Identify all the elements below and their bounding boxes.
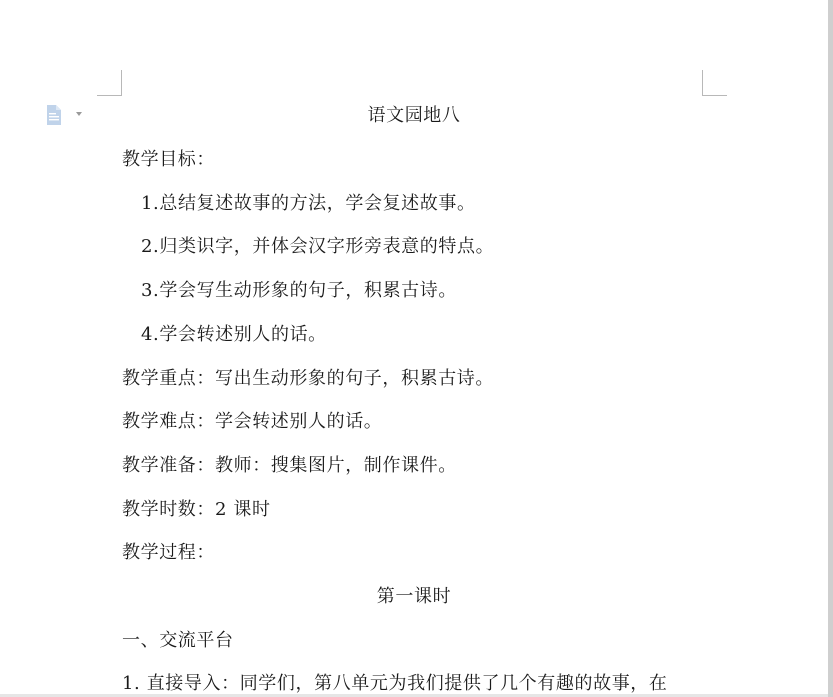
document-title: 语文园地八 <box>0 105 828 127</box>
objective-item-4: 4.学会转述别人的话。 <box>141 324 327 346</box>
teaching-process-label: 教学过程： <box>122 542 215 564</box>
document-page: 语文园地八 教学目标： 1.总结复述故事的方法，学会复述故事。 2.归类识字，并… <box>0 0 828 694</box>
vertical-scrollbar[interactable] <box>828 0 833 697</box>
objective-item-2: 2.归类识字，并体会汉字形旁表意的特点。 <box>141 236 494 258</box>
paragraph-1: 1. 直接导入：同学们，第八单元为我们提供了几个有趣的故事，在 <box>122 673 668 695</box>
lesson-heading: 第一课时 <box>0 586 828 608</box>
teaching-hours: 教学时数：2 课时 <box>122 499 271 521</box>
objective-item-3: 3.学会写生动形象的句子，积累古诗。 <box>141 280 457 302</box>
part-heading: 一、交流平台 <box>122 630 234 652</box>
section-objectives-label: 教学目标： <box>122 149 215 171</box>
key-points: 教学重点：写出生动形象的句子，积累古诗。 <box>122 368 494 390</box>
teaching-preparation: 教学准备：教师：搜集图片，制作课件。 <box>122 455 457 477</box>
objective-item-1: 1.总结复述故事的方法，学会复述故事。 <box>141 193 476 215</box>
difficult-points: 教学难点：学会转述别人的话。 <box>122 411 382 433</box>
top-left-margin-mark <box>97 70 122 96</box>
top-right-margin-mark <box>702 70 727 96</box>
